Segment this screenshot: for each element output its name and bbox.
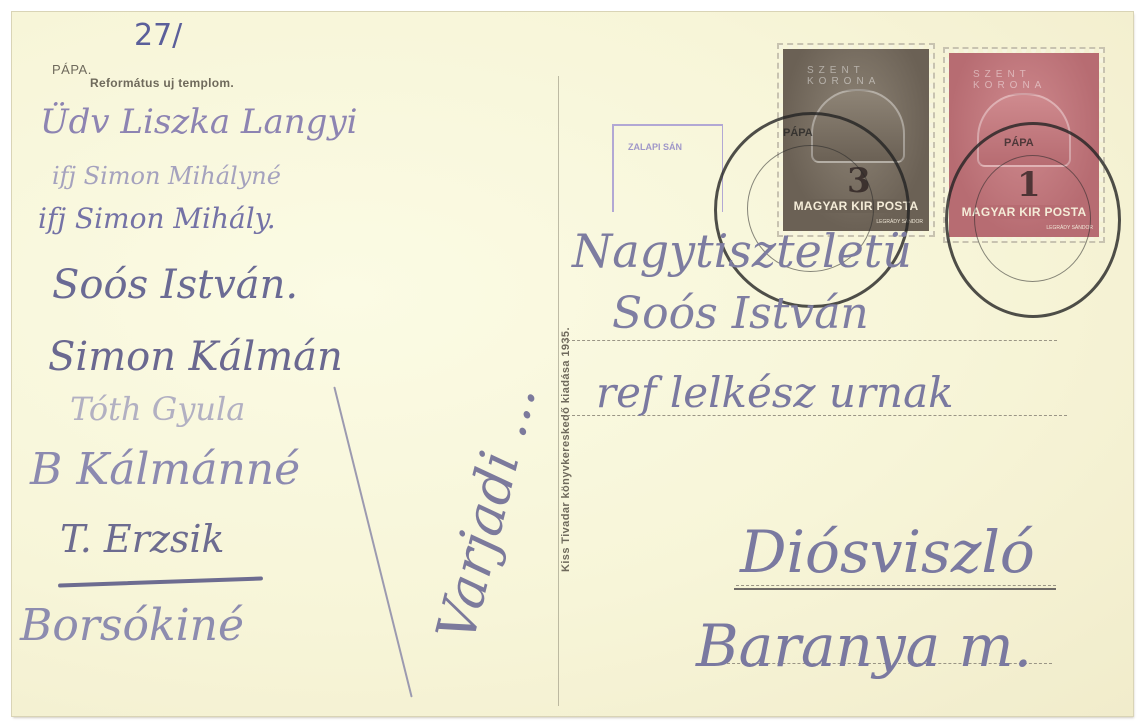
printed-caption: Református uj templom.: [90, 76, 234, 90]
vertical-signature: Varjadi ...: [424, 378, 548, 647]
printed-place-name: PÁPA.: [52, 62, 92, 77]
postmark-cancel: PÁPA: [945, 122, 1121, 318]
address-line: Diósviszló: [740, 518, 1035, 586]
signature-line: Üdv Liszka Langyi: [40, 102, 358, 142]
stamp-arc-text: SZENT KORONA: [807, 65, 929, 87]
pencil-stroke: [333, 387, 412, 698]
signature-line: T. Erzsik: [60, 517, 225, 561]
signature-line: Tóth Gyula: [70, 390, 245, 428]
underline-stroke: [58, 576, 263, 587]
address-underline: [734, 588, 1056, 590]
postmark-text: PÁPA: [783, 127, 813, 139]
signature-line: B Kálmánné: [30, 444, 300, 495]
cachet-stamp: ZALAPI SÁN: [612, 124, 723, 212]
address-line: Baranya m.: [696, 612, 1032, 680]
signature-line: Simon Kálmán: [48, 334, 343, 380]
publisher-imprint: Kiss Tivadar könyvkereskedő kiadása 1935…: [560, 327, 572, 572]
stamp-arc-text: SZENT KORONA: [973, 69, 1099, 91]
postmark-text: PÁPA: [1004, 137, 1034, 149]
postcard-back: PÁPA. Református uj templom. 27/ Üdv Lis…: [12, 12, 1133, 716]
address-rule: [567, 340, 1057, 341]
cachet-text: ZALAPI SÁN: [628, 142, 682, 152]
signature-line: Borsókiné: [20, 600, 244, 651]
address-line: ref lelkész urnak: [596, 368, 954, 417]
signature-line: ifj Simon Mihály.: [38, 202, 276, 235]
address-line: Soós István: [612, 288, 869, 339]
signature-line: Soós István.: [52, 262, 298, 308]
signature-line: ifj Simon Mihályné: [52, 162, 281, 190]
postmark-cancel: PÁPA: [714, 112, 910, 308]
address-line: Nagytiszteletü: [572, 224, 912, 278]
center-divider: [558, 76, 559, 706]
handwritten-number: 27/: [134, 18, 182, 53]
